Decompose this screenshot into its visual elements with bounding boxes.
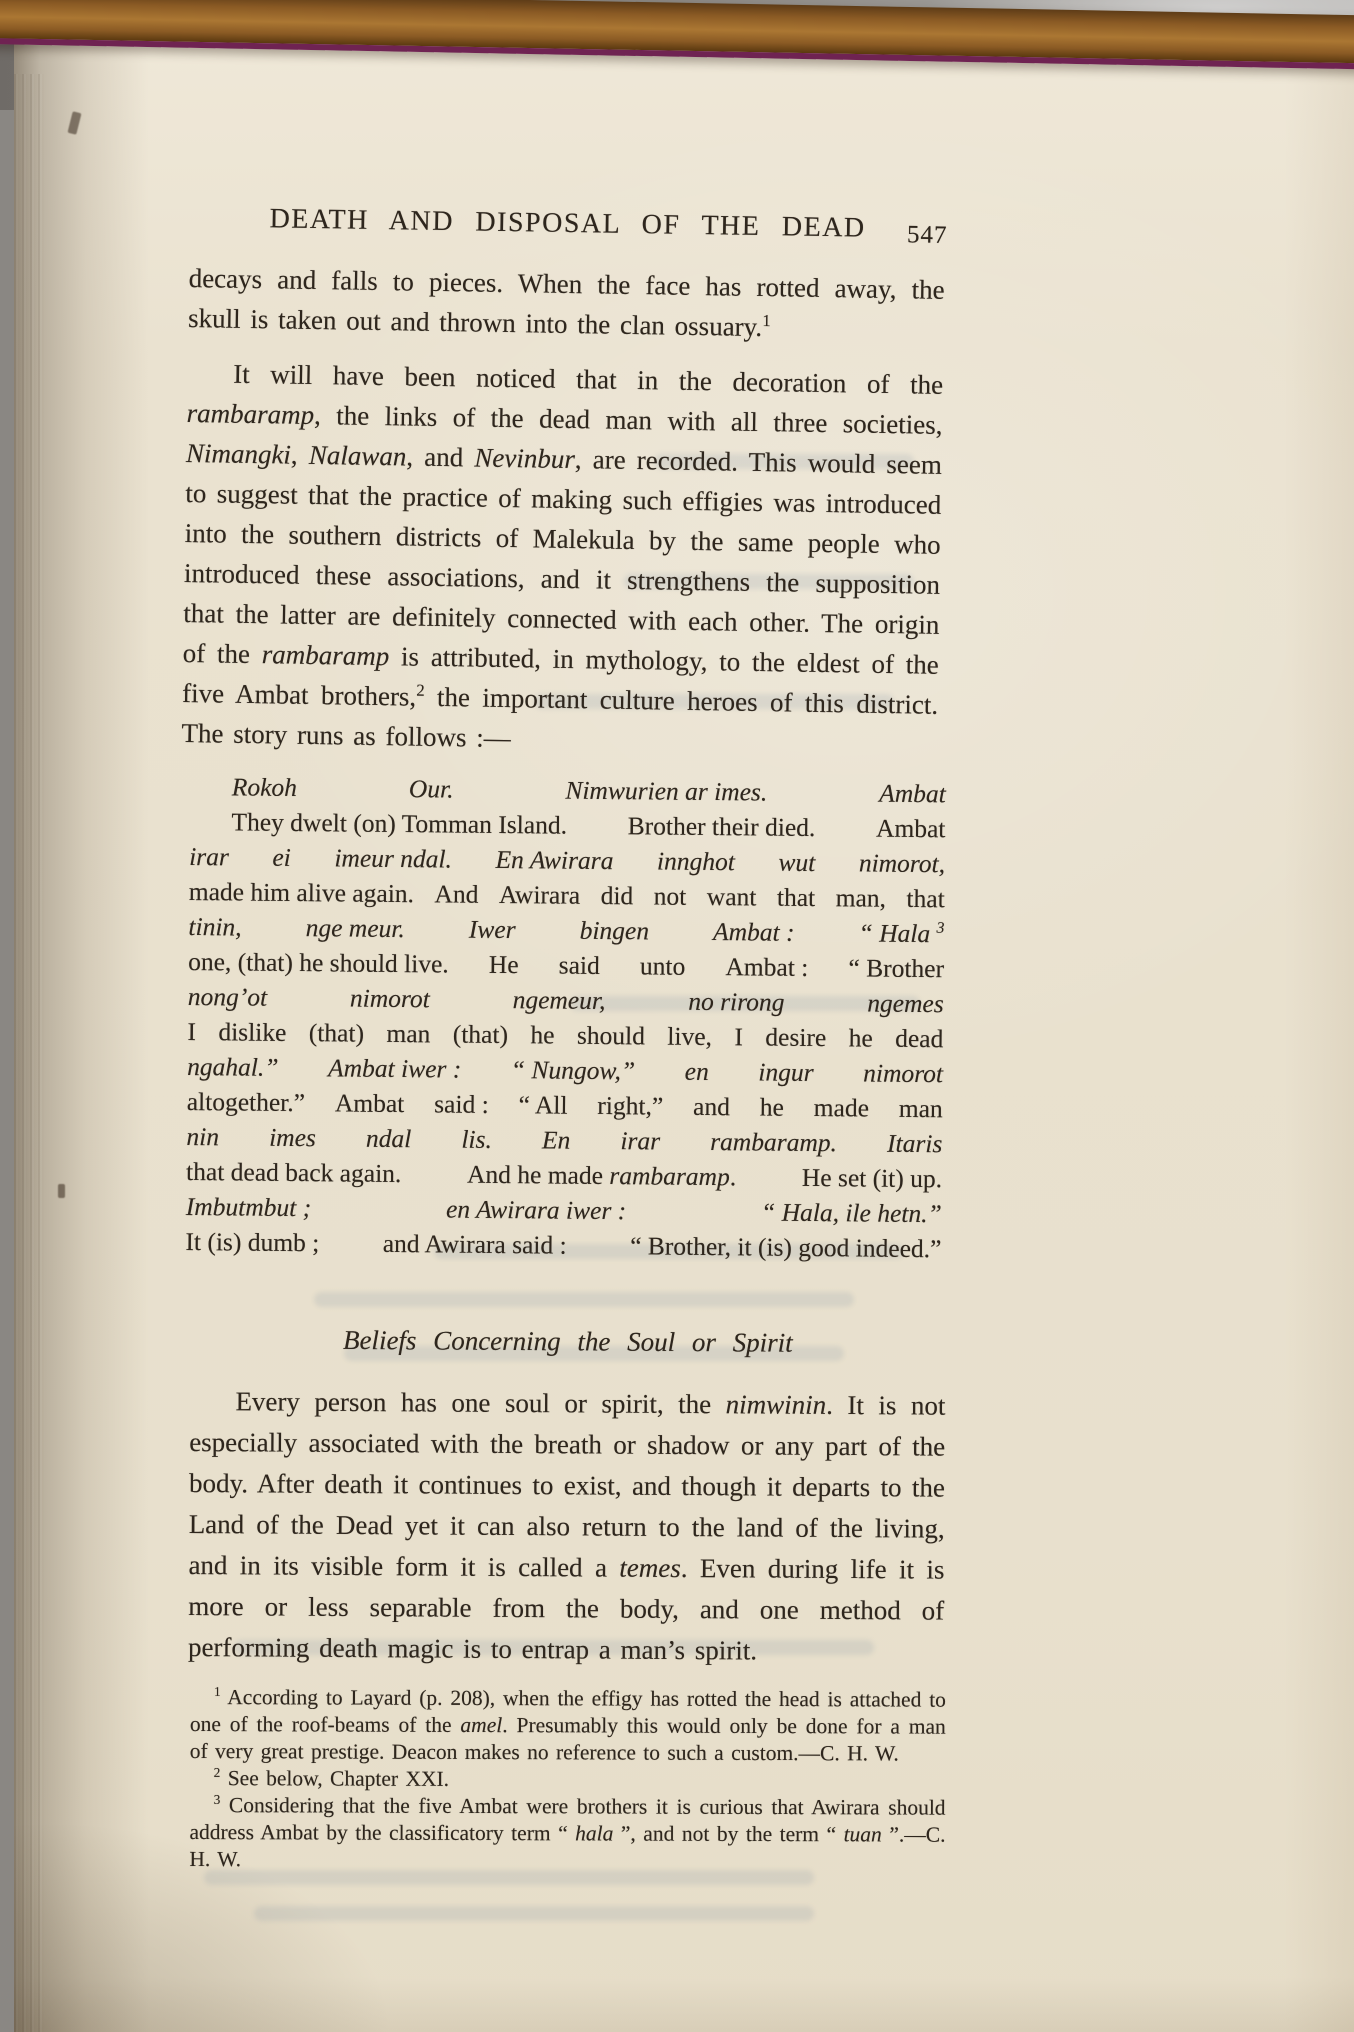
interlinear-segment: “ Hala, ile hetn.” [761,1195,942,1232]
interlinear-segment: made [814,1090,870,1126]
interlinear-segment: Ambat [876,811,946,847]
interlinear-segment: (that) [309,1015,365,1051]
interlinear-segment: he [530,1017,554,1052]
page-header: DEATH AND DISPOSAL OF THE DEAD 547 [189,196,946,262]
interlinear-segment: right,” [597,1088,663,1124]
interlinear-segment: want [707,879,757,914]
book-page: DEATH AND DISPOSAL OF THE DEAD 547 decay… [14,34,1354,2032]
lower-text-block: Beliefs Concerning the Soul or Spirit Ev… [188,1319,946,1673]
interlinear-segment: Ambat [335,1085,405,1121]
interlinear-segment: nong’ot [188,979,268,1015]
interlinear-segment: “ Brother [848,950,944,986]
interlinear-gloss-line: made him alive again.AndAwiraradidnotwan… [189,874,945,916]
interlinear-segment: En Awirara [495,842,613,878]
interlinear-segment: Itaris [887,1126,943,1162]
interlinear-segment: man [899,1091,943,1126]
interlinear-segment: rambaramp. [710,1124,837,1160]
interlinear-segment: he [848,1020,872,1055]
interlinear-segment: He set (it) up. [802,1160,943,1196]
interlinear-segment: They dwelt (on) Tomman Island. [231,804,567,842]
interlinear-segment: tinin, [188,909,241,945]
interlinear-segment: Iwer [469,912,516,947]
page-number: 547 [907,221,948,250]
interlinear-segment: did [600,878,633,913]
page-edge-streaks [14,74,44,2032]
interlinear-segment: said [559,948,600,983]
interlinear-segment: I [187,1014,196,1049]
interlinear-segment: “ All [518,1087,567,1122]
interlinear-segment: irar [620,1123,660,1158]
interlinear-segment: man, [836,880,887,915]
interlinear-segment: Ambat : [725,949,808,985]
footnote-block-wrap: 1 According to Layard (p. 208), when the… [189,1684,946,1876]
interlinear-segment: Rokoh [232,769,297,805]
interlinear-segment: unto [640,948,686,983]
footnote: 1 According to Layard (p. 208), when the… [190,1684,946,1768]
interlinear-segment: ndal [366,1121,412,1156]
body-paragraphs: decays and falls to pieces. When the fac… [181,258,945,765]
interlinear-segment: irar [189,839,229,874]
interlinear-segment: nge meur. [306,910,405,946]
interlinear-segment: made him alive again. [189,874,414,911]
interlinear-segment: ei [272,840,291,875]
interlinear-segment: that [777,880,816,915]
interlinear-segment: Ambat [879,776,946,812]
interlinear-segment: and Awirara said : [383,1226,567,1263]
paragraph: decays and falls to pieces. When the fac… [188,258,945,350]
interlinear-segment: “ Nungow,” [511,1052,636,1088]
interlinear-segment: Awirara [499,877,581,913]
interlinear-segment: And he made rambaramp. [467,1157,736,1195]
interlinear-gloss-line: It (is) dumb ;and Awirara said :“ Brothe… [185,1224,941,1266]
interlinear-segment: imes [269,1120,316,1155]
interlinear-segment: And [434,876,478,911]
interlinear-segment: (that) [453,1017,509,1053]
interlinear-segment: he [760,1089,784,1124]
interlinear-segment: not [654,878,687,913]
interlinear-segment: Nimwurien ar imes. [565,773,767,810]
gutter-mark [58,1184,65,1198]
section-heading: Beliefs Concerning the Soul or Spirit [190,1319,946,1364]
interlinear-segment: He [489,947,519,982]
upper-text-block: DEATH AND DISPOSAL OF THE DEAD 547 decay… [181,196,946,765]
interlinear-segment: altogether.” [187,1084,306,1120]
footnotes: 1 According to Layard (p. 208), when the… [189,1684,946,1876]
interlinear-gloss-line: one, (that) he should live.HesaiduntoAmb… [188,944,944,986]
interlinear-segment: innghot [657,843,735,879]
interlinear-segment: dislike [218,1014,286,1050]
interlinear-segment: Imbutmbut ; [186,1189,312,1225]
interlinear-segment: should [577,1018,645,1054]
interlinear-segment: en [685,1054,709,1089]
interlinear-segment: “ Brother, it (is) good indeed.” [630,1228,942,1266]
interlinear-segment: en Awirara iwer : [446,1191,626,1228]
interlinear-segment: desire [765,1020,826,1056]
interlinear-segment: nimorot [863,1055,943,1091]
interlinear-segment: lis. [461,1122,492,1157]
running-head: DEATH AND DISPOSAL OF THE DEAD [269,203,866,244]
interlinear-segment: nimorot, [859,845,946,881]
show-through-smudge [254,1906,814,1921]
interlinear-segment: no rirong [688,984,784,1020]
interlinear-segment: ngahal.” [187,1049,279,1085]
interlinear-segment: “ Hala 3 [858,915,944,951]
interlinear-segment: nin [186,1119,219,1154]
interlinear-segment: ngemes [867,986,944,1022]
book-photograph: DEATH AND DISPOSAL OF THE DEAD 547 decay… [0,0,1354,2032]
interlinear-segment: live, [667,1019,712,1054]
footnote: 2 See below, Chapter XXI. [190,1765,946,1795]
interlinear-segment: that dead back again. [186,1154,402,1191]
interlinear-segment: one, (that) he should live. [188,944,449,982]
interlinear-segment: Brother their died. [628,808,816,845]
interlinear-story: RokohOur.Nimwurien ar imes.AmbatThey dwe… [185,769,946,1266]
interlinear-segment: ingur [758,1054,814,1090]
footnote: 3 Considering that the five Ambat were b… [189,1792,945,1876]
interlinear-segment: Our. [409,771,454,806]
page-content: DEATH AND DISPOSAL OF THE DEAD 547 decay… [190,196,946,1873]
paragraph: Every person has one soul or spirit, the… [188,1381,946,1673]
interlinear-segment: wut [778,845,815,880]
gutter-mark [67,111,81,135]
body-paragraphs-lower: Every person has one soul or spirit, the… [188,1381,946,1673]
interlinear-segment: It (is) dumb ; [185,1224,319,1260]
interlinear-segment: Ambat iwer : [328,1050,461,1086]
interlinear-segment: nimorot [350,981,430,1017]
interlinear-block-wrap: RokohOur.Nimwurien ar imes.AmbatThey dwe… [185,769,946,1266]
interlinear-segment: imeur ndal. [334,840,452,876]
interlinear-segment: bingen [579,913,649,949]
interlinear-segment: I [734,1019,743,1054]
interlinear-segment: Ambat : [713,914,795,950]
interlinear-segment: En [542,1122,571,1157]
interlinear-segment: said : [434,1086,489,1122]
interlinear-segment: and [693,1089,730,1124]
interlinear-segment: that [906,881,945,916]
interlinear-segment: man [386,1016,430,1051]
paragraph: It will have been noticed that in the de… [181,353,943,765]
interlinear-segment: ngemeur, [512,982,605,1018]
interlinear-segment: dead [895,1021,943,1056]
interlinear-gloss-line: They dwelt (on) Tomman Island.Brother th… [189,804,945,846]
